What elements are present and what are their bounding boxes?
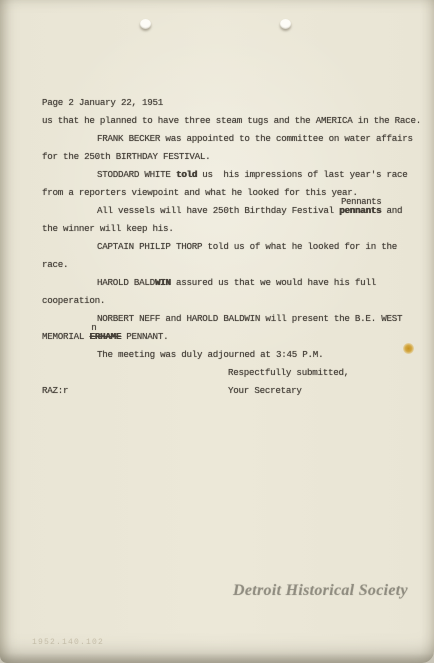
typed-text: the winner will keep his. <box>42 223 174 234</box>
typed-text: for the 250th BIRTHDAY FESTIVAL. <box>42 151 210 162</box>
typed-text: race. <box>42 259 68 270</box>
typed-line: us that he planned to have three steam t… <box>0 112 434 130</box>
typed-line: for the 250th BIRTHDAY FESTIVAL. <box>0 148 434 166</box>
typed-line: STODDARD WHITE told us his impressions o… <box>0 166 434 184</box>
typed-text: WIN <box>155 277 171 288</box>
typed-line: NORBERT NEFF and HAROLD BALDWIN will pre… <box>0 310 434 328</box>
typed-text: The meeting was duly adjourned at 3:45 P… <box>97 349 323 360</box>
accession-number: 1952.140.102 <box>32 638 104 647</box>
typed-text: told <box>176 169 197 180</box>
typewriter-insertion-text: Pennants <box>341 197 381 207</box>
typed-line: cooperation. <box>0 292 434 310</box>
punch-hole-left <box>140 19 151 29</box>
typed-text: HAROLD BALD <box>97 277 155 288</box>
typed-text: Your Secretary <box>228 382 302 400</box>
typewriter-insertion-text: n <box>91 323 96 333</box>
typed-text: PENNANT. <box>121 331 168 342</box>
paper-bottom-edge <box>0 653 434 663</box>
watermark: Detroit Historical Society <box>233 582 408 600</box>
typed-text: RAZ:r <box>42 385 68 396</box>
typed-text: NORBERT NEFF and HAROLD BALDWIN will pre… <box>97 313 402 324</box>
typed-line: All vessels will have 250th Birthday Fes… <box>0 202 434 220</box>
typed-line: MEMORIAL nERHAME PENNANT. <box>0 328 434 346</box>
typed-text: CAPTAIN PHILIP THORP told us of what he … <box>97 241 397 252</box>
typed-text: Respectfully submitted, <box>228 367 349 378</box>
typed-line: RAZ:rYour Secretary <box>0 382 434 400</box>
typed-line: race. <box>0 256 434 274</box>
typed-text: from a reporters viewpoint and what he l… <box>42 187 358 198</box>
typed-text: FRANK BECKER was appointed to the commit… <box>97 133 413 144</box>
scanned-document-page: Page 2 January 22, 1951us that he planne… <box>0 0 434 663</box>
typed-line: the winner will keep his. <box>0 220 434 238</box>
typed-text: Page 2 January 22, 1951 <box>42 97 163 108</box>
typed-line: The meeting was duly adjourned at 3:45 P… <box>0 346 434 364</box>
punch-hole-right <box>280 19 291 29</box>
typed-document-body: Page 2 January 22, 1951us that he planne… <box>0 94 434 400</box>
typed-text: cooperation. <box>42 295 105 306</box>
typed-text: and <box>381 205 402 216</box>
typed-text: us that he planned to have three steam t… <box>42 115 421 126</box>
typed-text: assured us that we would have his full <box>171 277 376 288</box>
typed-line: Page 2 January 22, 1951 <box>0 94 434 112</box>
typed-line: FRANK BECKER was appointed to the commit… <box>0 130 434 148</box>
stain-mark <box>403 343 414 354</box>
typed-line: Respectfully submitted, <box>0 364 434 382</box>
typed-text: All vessels will have 250th Birthday Fes… <box>97 205 339 216</box>
typed-text: STODDARD WHITE <box>97 169 176 180</box>
typed-text: us his impressions of last year's race <box>197 169 408 180</box>
typed-line: CAPTAIN PHILIP THORP told us of what he … <box>0 238 434 256</box>
typed-text: MEMORIAL <box>42 331 89 342</box>
typed-line: HAROLD BALDWIN assured us that we would … <box>0 274 434 292</box>
